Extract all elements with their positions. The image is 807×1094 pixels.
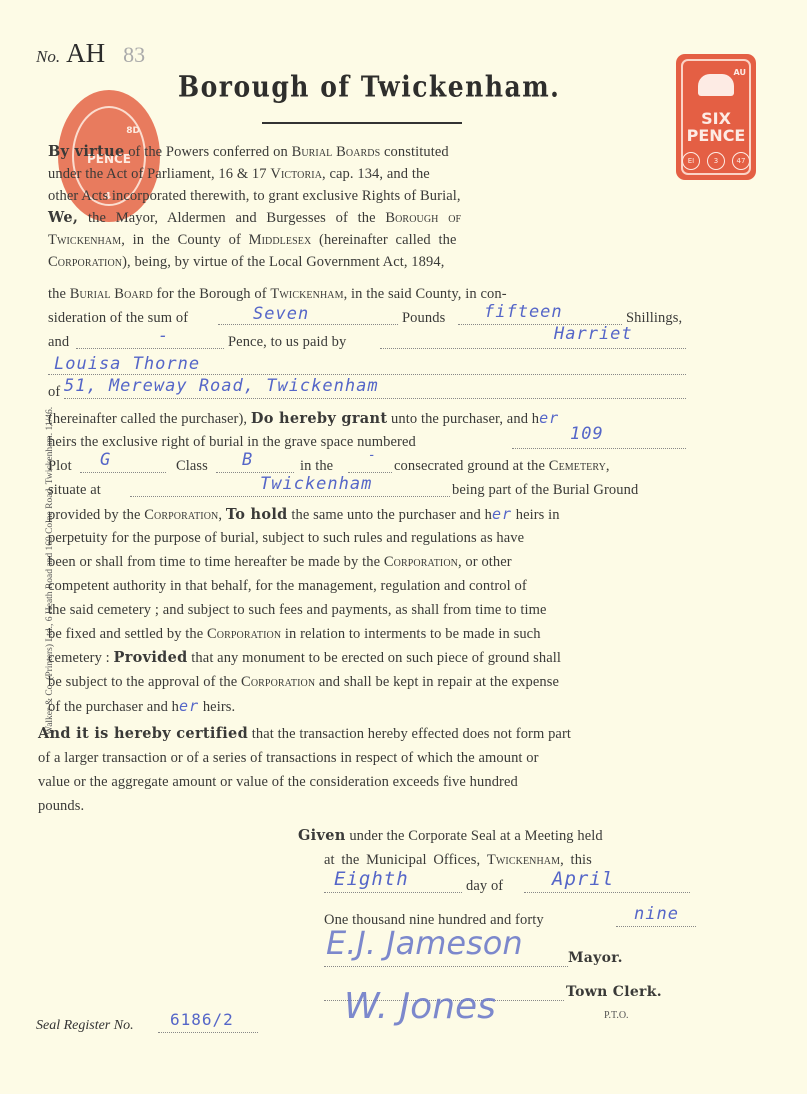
consecrated-field-line	[348, 472, 392, 473]
text: Twickenham	[270, 286, 343, 302]
text: Pence, to us paid by	[228, 332, 346, 352]
body-line-18: been or shall from time to time hereafte…	[48, 552, 688, 572]
text: of the Powers conferred on	[124, 144, 291, 160]
pounds-field-line	[218, 324, 398, 325]
paid-by-field-line	[380, 348, 686, 349]
text: , this	[560, 852, 592, 868]
body-line-17: perpetuity for the purpose of burial, su…	[48, 528, 688, 548]
text: ), being, by virtue of the Local Governm…	[122, 254, 444, 270]
number-series: AH	[66, 38, 105, 68]
body-line-21: be fixed and settled by the Corporation …	[48, 624, 688, 644]
attestation-line-2: at the Municipal Offices, Twickenham, th…	[324, 850, 698, 870]
town-clerk-label: Town Clerk.	[566, 984, 662, 1000]
pounds-value: Seven	[253, 304, 309, 324]
text: that any monument to be erected on such …	[188, 650, 561, 666]
text: and	[48, 334, 69, 350]
text: Corporation	[207, 626, 281, 642]
clerk-signature: W. Jones	[344, 986, 496, 1027]
body-line-26: of a larger transaction or of a series o…	[38, 748, 688, 768]
body-line-2: under the Act of Parliament, 16 & 17 Vic…	[48, 164, 574, 184]
text: unto the purchaser, and h	[387, 411, 539, 427]
number-prefix: No.	[36, 47, 60, 66]
text: for the Borough of	[153, 286, 271, 302]
purchaser-name-line	[48, 374, 686, 375]
text: the	[48, 286, 70, 302]
text: , or other	[458, 554, 512, 570]
text: Cemetery,	[549, 458, 610, 474]
text: consecrated ground at the Cemetery,	[394, 456, 610, 476]
lead-words: By virtue	[48, 143, 124, 160]
sixpence-duty-stamp: AU SIX PENCE EI 3 47	[676, 54, 756, 180]
text: (hereinafter called the	[311, 232, 456, 248]
number-serial: 83	[123, 42, 145, 67]
body-line-20: the said cemetery ; and subject to such …	[48, 600, 688, 620]
text: under the Corporate Seal at a Meeting he…	[346, 828, 603, 844]
page-title: Borough of Twickenham.	[178, 70, 560, 103]
text: at the Municipal Offices,	[324, 852, 487, 868]
title-underline	[262, 122, 462, 124]
text: in relation to interments to be made in …	[281, 626, 540, 642]
stamp-foot-codes: EI 3 47	[682, 152, 750, 170]
lead-words: Given	[298, 827, 346, 844]
purchaser-first-name: Harriet	[554, 324, 633, 344]
text: in the	[300, 456, 333, 476]
stamp-value-line2: PENCE	[676, 127, 756, 144]
month-field-line	[524, 892, 690, 893]
month-value: April	[552, 868, 614, 890]
lead-words: And it is hereby certified	[38, 725, 248, 742]
text: , cap. 134, and the	[322, 166, 430, 182]
pronoun-fill: er	[492, 505, 512, 523]
purchaser-name: Louisa Thorne	[54, 354, 200, 374]
attestation-line-1: Given under the Corporate Seal at a Meet…	[298, 826, 698, 846]
text: the same unto the purchaser and h	[288, 507, 492, 523]
text: Burial Boards	[292, 144, 381, 160]
body-line-7: the Burial Board for the Borough of Twic…	[48, 284, 688, 304]
situate-field-line	[130, 496, 450, 497]
year-value: nine	[634, 904, 679, 924]
text: Corporation	[48, 254, 122, 270]
stamp-foot-mid: 3	[707, 152, 725, 170]
body-line-16: provided by the Corporation, To hold the…	[48, 504, 688, 525]
stamp-value-line1: SIX	[676, 110, 756, 127]
consecrated-mark: -	[368, 448, 377, 463]
grant-block: the Burial Board for the Borough of Twic…	[48, 284, 688, 844]
crown-icon	[698, 74, 734, 96]
seal-register-value: 6186/2	[170, 1010, 234, 1029]
text: under the Act of Parliament, 16 & 17	[48, 166, 270, 182]
body-line-22: cemetery : Provided that any monument to…	[48, 648, 688, 668]
text: Pounds	[402, 308, 445, 328]
lead-words: Provided	[114, 649, 188, 666]
day-value: Eighth	[334, 868, 409, 890]
mayor-signature: E.J. Jameson	[326, 924, 523, 962]
purchaser-address: 51, Mereway Road, Twickenham	[64, 376, 379, 396]
text: ,	[218, 507, 225, 523]
text: that the transaction hereby effected doe…	[248, 726, 571, 742]
class-value: B	[242, 450, 253, 470]
stamp-corner-code: AU	[734, 68, 746, 77]
text: been or shall from time to time hereafte…	[48, 554, 384, 570]
mayor-label: Mayor.	[568, 950, 623, 966]
text: Corporation	[241, 674, 315, 690]
pronoun-fill: er	[539, 409, 559, 427]
body-line-1: By virtue of the Powers conferred on Bur…	[48, 142, 574, 162]
attestation-block: Given under the Corporate Seal at a Meet…	[298, 826, 698, 1026]
body-line-6: Corporation), being, by virtue of the Lo…	[48, 252, 574, 272]
address-field-line	[64, 398, 686, 399]
text: sideration of the sum of	[48, 310, 188, 326]
body-line-27: value or the aggregate amount or value o…	[38, 772, 688, 792]
text: being part of the Burial Ground	[452, 480, 638, 500]
lead-words: We,	[48, 209, 78, 226]
body-line-24: of the purchaser and her heirs.	[48, 696, 688, 717]
text: situate at	[48, 482, 101, 498]
lead-words: Do hereby grant	[251, 410, 387, 427]
text: heirs.	[199, 699, 235, 715]
text: Corporation	[384, 554, 458, 570]
grave-number-value: 109	[570, 424, 604, 444]
text: of	[48, 384, 60, 400]
body-line-5: Twickenham, in the County of Middlesex (…	[48, 230, 574, 250]
text: provided by the	[48, 507, 144, 523]
text: Twickenham	[487, 852, 560, 868]
text: other Acts incorporated therewith, to gr…	[48, 188, 461, 204]
grave-number-field-line	[512, 448, 686, 449]
seal-register: Seal Register No.	[36, 1016, 134, 1034]
shillings-value: fifteen	[484, 302, 563, 322]
text: of the purchaser and h	[48, 699, 179, 715]
text: , in the said County, in con-	[344, 286, 507, 302]
class-field-line	[216, 472, 294, 473]
pto-note: P.T.O.	[604, 1010, 629, 1021]
text: Twickenham	[48, 232, 121, 248]
body-line-4: We, the Mayor, Aldermen and Burgesses of…	[48, 208, 574, 228]
text: heirs the exclusive right of burial in t…	[48, 434, 416, 450]
lead-words: To hold	[226, 506, 288, 523]
pence-value: -	[158, 326, 169, 346]
pence-field-line	[76, 348, 224, 349]
stamp-corner-code: 8D	[126, 126, 140, 136]
text: Borough of	[385, 210, 461, 226]
text: heirs in	[512, 507, 560, 523]
text: consecrated ground at the	[394, 458, 549, 474]
stamp-foot-right: 47	[732, 152, 750, 170]
seal-register-field-line	[158, 1032, 258, 1033]
text: and shall be kept in repair at the expen…	[315, 674, 559, 690]
text: , in the County of	[121, 232, 248, 248]
pronoun-fill: er	[179, 697, 199, 715]
text: cemetery :	[48, 650, 114, 666]
text: be subject to the approval of the	[48, 674, 241, 690]
day-field-line	[324, 892, 462, 893]
document-number: No. AH 83	[36, 38, 145, 69]
text: (hereinafter called the purchaser),	[48, 411, 251, 427]
text: Class	[176, 456, 208, 476]
text: Plot	[48, 458, 72, 474]
body-line-19: competent authority in that behalf, for …	[48, 576, 688, 596]
stamp-value: SIX PENCE	[676, 110, 756, 144]
text: Burial Board	[70, 286, 153, 302]
seal-register-label: Seal Register No.	[36, 1018, 134, 1033]
text: Corporation	[144, 507, 218, 523]
mayor-signature-line	[324, 966, 568, 967]
preamble-block: By virtue of the Powers conferred on Bur…	[48, 142, 574, 292]
plot-field-line	[80, 472, 166, 473]
text: Middlesex	[249, 232, 312, 248]
body-line-3: other Acts incorporated therewith, to gr…	[48, 186, 574, 206]
body-line-28: pounds.	[38, 796, 688, 816]
text: Shillings,	[626, 308, 682, 328]
text: constituted	[380, 144, 448, 160]
body-line-25: And it is hereby certified that the tran…	[38, 724, 688, 744]
situate-value: Twickenham	[260, 474, 372, 494]
body-line-23: be subject to the approval of the Corpor…	[48, 672, 688, 692]
text: the Mayor, Aldermen and Burgesses of the	[78, 210, 385, 226]
plot-value: G	[100, 450, 111, 470]
text: be fixed and settled by the	[48, 626, 207, 642]
year-field-line	[616, 926, 696, 927]
text: Victoria	[270, 166, 322, 182]
stamp-foot-left: EI	[682, 152, 700, 170]
